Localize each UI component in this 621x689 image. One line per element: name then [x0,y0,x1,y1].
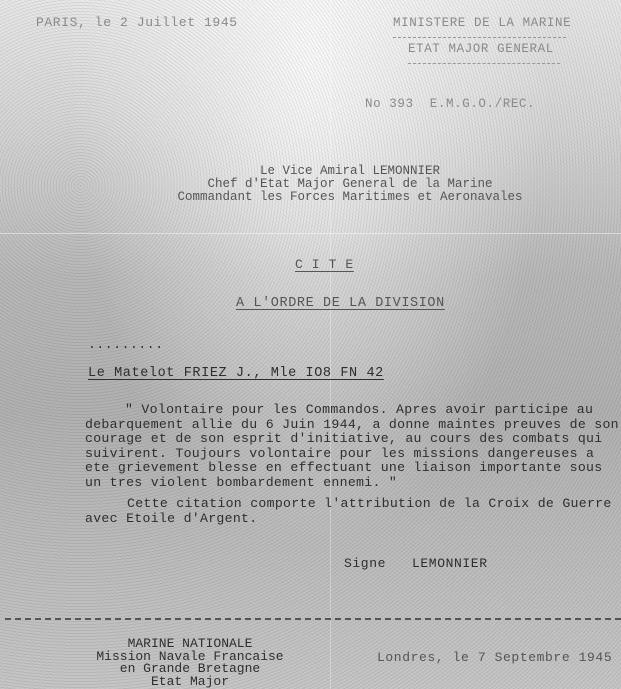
ellipsis: ......... [88,337,164,352]
footer-line-4: Etat Major [70,676,310,689]
footer-place-date: Londres, le 7 Septembre 1945 [377,650,612,665]
citation-text: " Volontaire pour les Commandos. Apres a… [85,403,621,490]
header-rule-2 [408,63,560,64]
fold-crease-horizontal [0,233,621,234]
signature-label: Signe [344,556,386,571]
award-text: Cette citation comporte l'attribution de… [85,497,621,526]
section-separator [5,618,621,620]
header-ministry: MINISTERE DE LA MARINE [393,16,571,30]
signature-name: LEMONNIER [412,556,488,571]
document-title: C I T E [295,257,354,272]
footer-left-block: MARINE NATIONALE Mission Navale Francais… [70,638,310,688]
document-subtitle: A L'ORDRE DE LA DIVISION [236,296,445,311]
issuer-line-3: Commandant les Forces Maritimes et Aeron… [140,191,560,204]
header-division: ETAT MAJOR GENERAL [408,42,554,56]
reference-number: No 393 E.M.G.O./REC. [365,97,535,111]
header-place-date: PARIS, le 2 Juillet 1945 [36,15,238,30]
recipient-line: Le Matelot FRIEZ J., Mle IO8 FN 42 [88,366,384,381]
issuer-block: Le Vice Amiral LEMONNIER Chef d'Etat Maj… [140,165,560,204]
header-rule-1 [393,37,566,38]
fold-crease-vertical [330,0,331,689]
